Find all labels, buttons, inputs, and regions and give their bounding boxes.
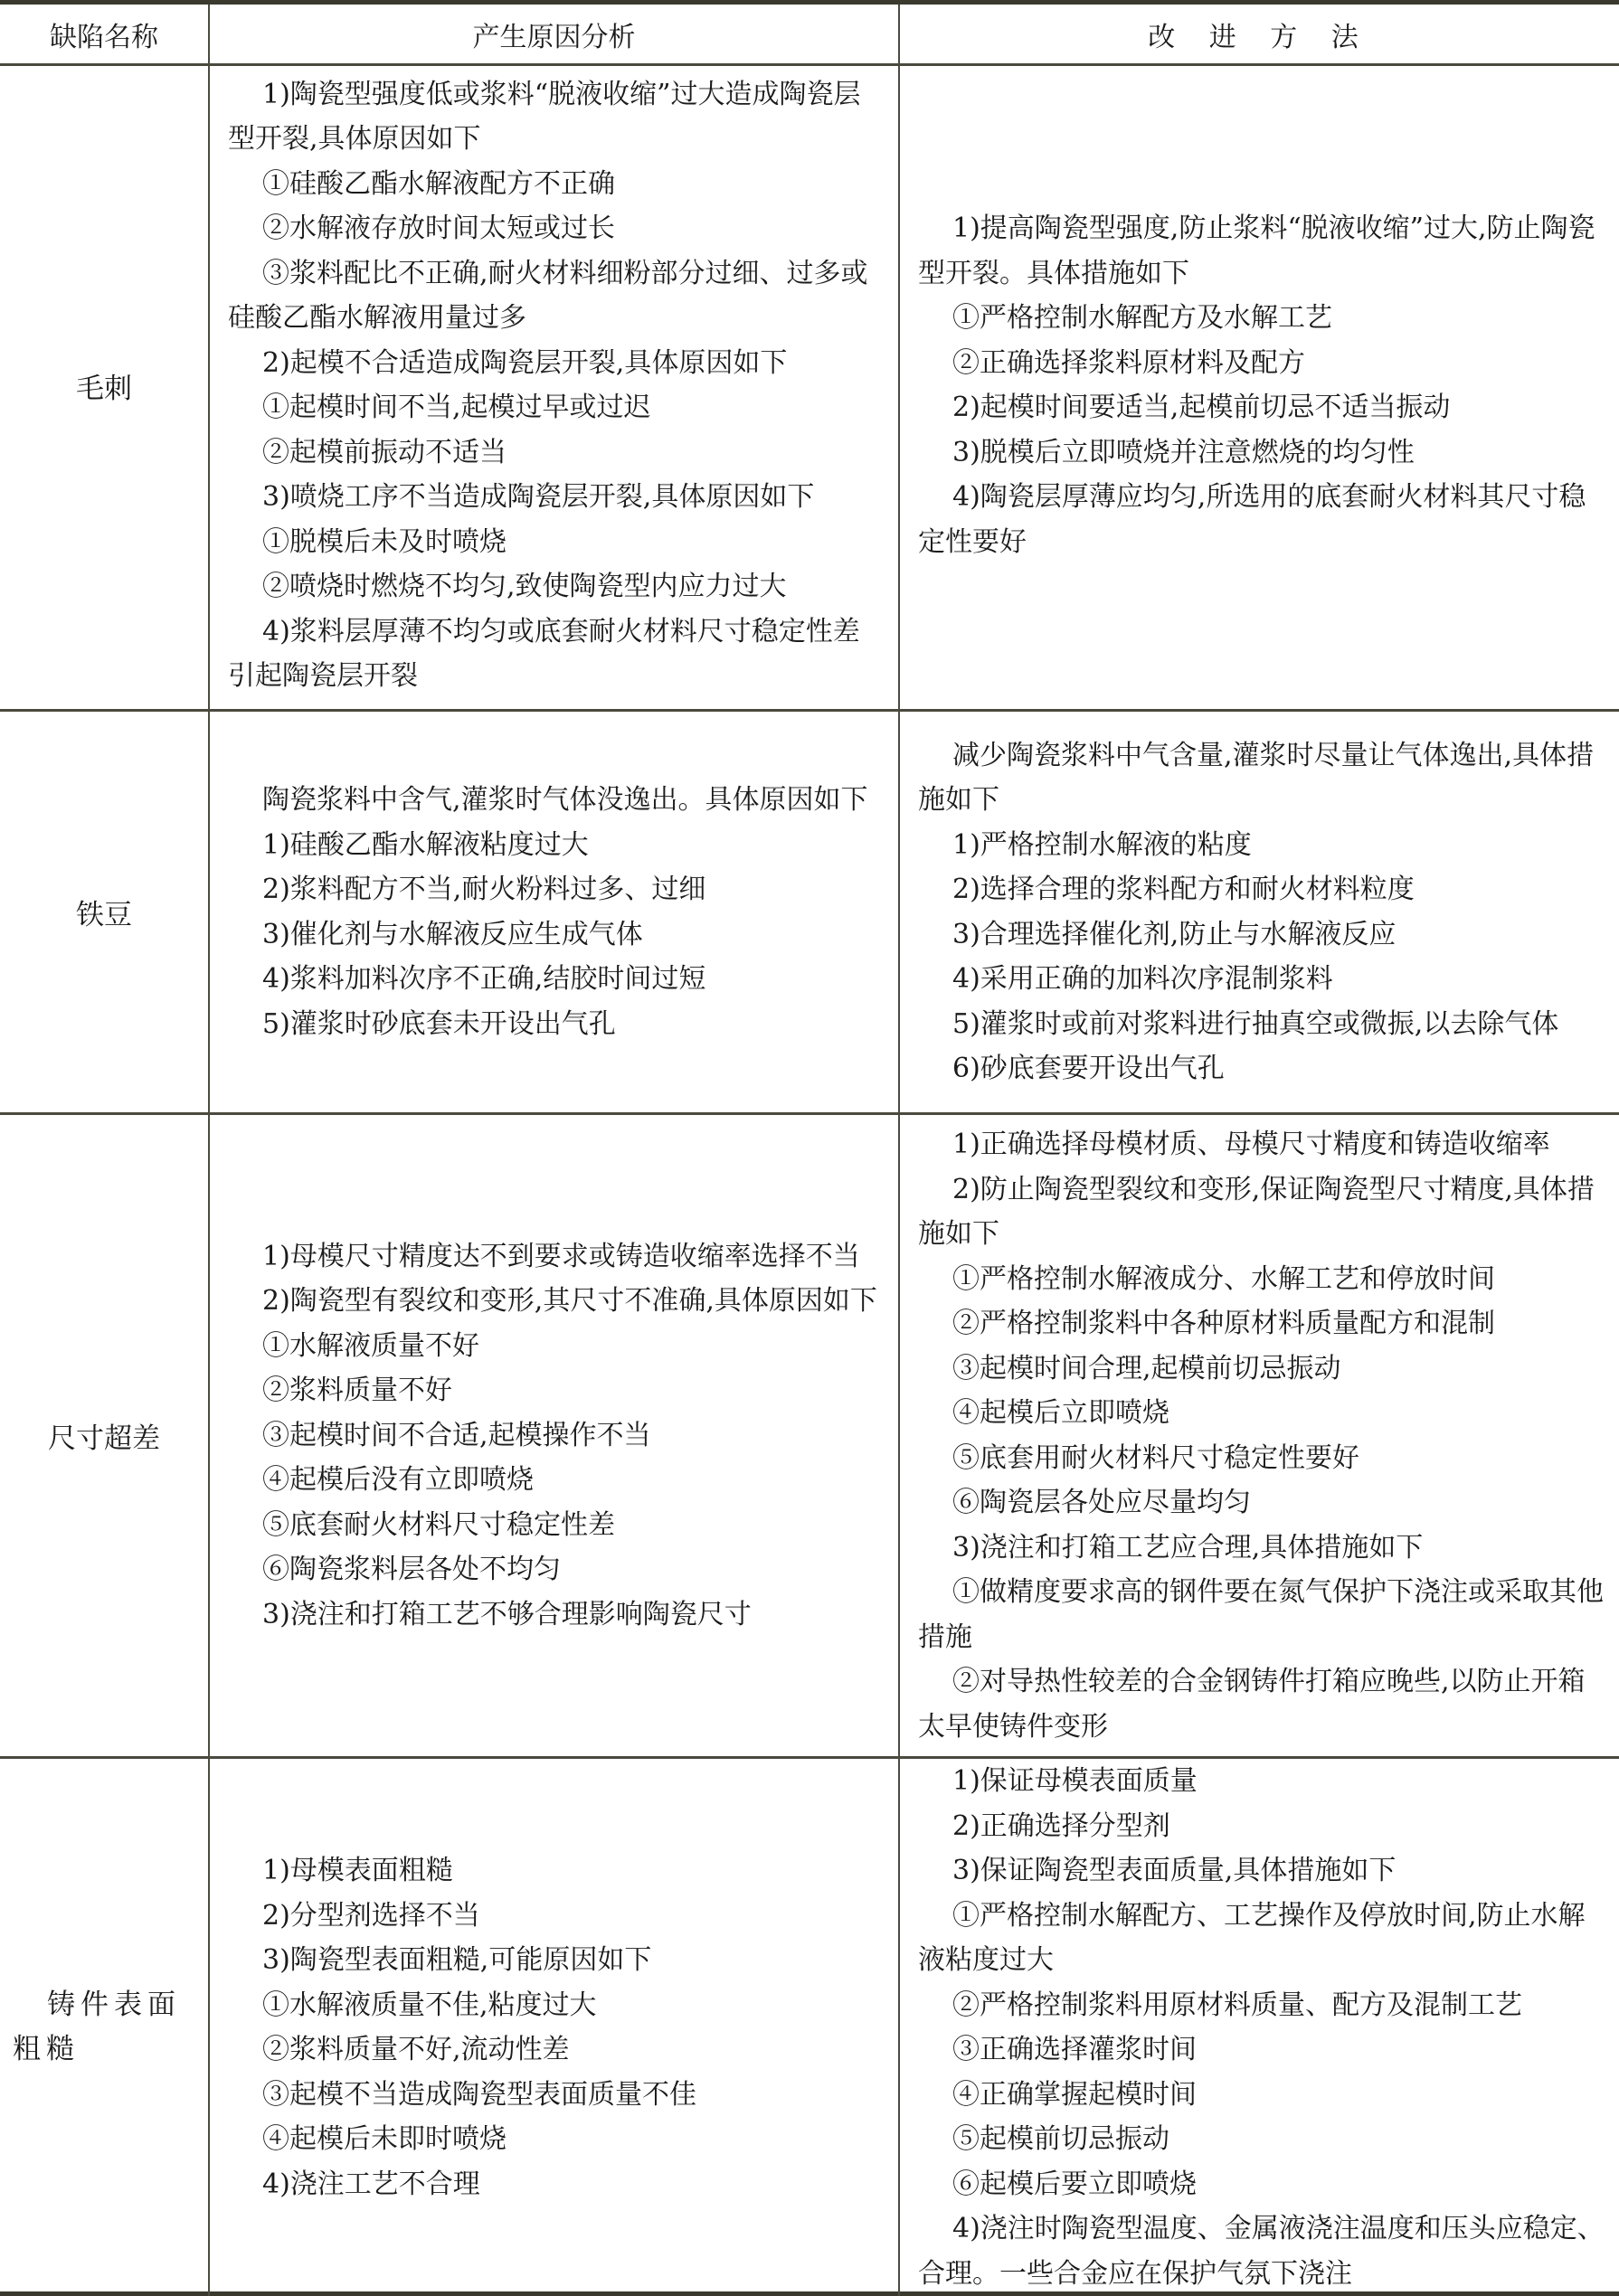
cause-item: 4)浆料层厚薄不均匀或底套耐火材料尺寸稳定性差引起陶瓷层开裂 (228, 609, 885, 699)
cause-item: ③起模不当造成陶瓷型表面质量不佳 (228, 2073, 885, 2118)
cause-item: ②水解液存放时间太短或过长 (228, 206, 885, 251)
cause-item: ①起模时间不当,起模过早或过迟 (228, 385, 885, 430)
remedy-item: ①做精度要求高的钢件要在氮气保护下浇注或采取其他措施 (918, 1570, 1606, 1659)
remedy-item: 4)采用正确的加料次序混制浆料 (918, 957, 1606, 1002)
header-defect-name: 缺陷名称 (0, 5, 210, 63)
remedy-item: 3)浇注和打箱工艺应合理,具体措施如下 (918, 1526, 1606, 1571)
header-cause-analysis: 产生原因分析 (210, 5, 900, 63)
remedy-item: 3)脱模后立即喷烧并注意燃烧的均匀性 (918, 430, 1606, 476)
cause-item: 陶瓷浆料中含气,灌浆时气体没逸出。具体原因如下 (228, 778, 885, 823)
cause-cell: 1)母模表面粗糙 2)分型剂选择不当 3)陶瓷型表面粗糙,可能原因如下 ①水解液… (210, 1759, 900, 2296)
cause-item: ①水解液质量不佳,粘度过大 (228, 1983, 885, 2028)
remedy-item: 2)正确选择分型剂 (918, 1804, 1606, 1849)
cause-item: ①水解液质量不好 (228, 1324, 885, 1369)
cause-item: ④起模后未即时喷烧 (228, 2117, 885, 2162)
remedy-item: ④正确掌握起模时间 (918, 2073, 1606, 2118)
remedy-cell: 1)提高陶瓷型强度,防止浆料“脱液收缩”过大,防止陶瓷型开裂。具体措施如下 ①严… (900, 61, 1619, 709)
cause-item: ①脱模后未及时喷烧 (228, 520, 885, 565)
remedy-item: ②严格控制浆料中各种原材料质量配方和混制 (918, 1301, 1606, 1346)
remedy-item: ②严格控制浆料用原材料质量、配方及混制工艺 (918, 1983, 1606, 2028)
table-row: 尺寸超差 1)母模尺寸精度达不到要求或铸造收缩率选择不当 2)陶瓷型有裂纹和变形… (0, 1115, 1619, 1759)
remedy-cell: 1)正确选择母模材质、母模尺寸精度和铸造收缩率 2)防止陶瓷型裂纹和变形,保证陶… (900, 1115, 1619, 1756)
remedy-item: 1)严格控制水解液的粘度 (918, 823, 1606, 868)
cause-item: 3)浇注和打箱工艺不够合理影响陶瓷尺寸 (228, 1592, 885, 1638)
remedy-item: 5)灌浆时或前对浆料进行抽真空或微振,以去除气体 (918, 1002, 1606, 1047)
cause-item: 1)母模表面粗糙 (228, 1848, 885, 1894)
table-row: 毛刺 1)陶瓷型强度低或浆料“脱液收缩”过大造成陶瓷层型开裂,具体原因如下 ①硅… (0, 61, 1619, 712)
cause-item: ⑤底套耐火材料尺寸稳定性差 (228, 1503, 885, 1548)
cause-cell: 陶瓷浆料中含气,灌浆时气体没逸出。具体原因如下 1)硅酸乙酯水解液粘度过大 2)… (210, 712, 900, 1112)
remedy-item: 4)浇注时陶瓷型温度、金属液浇注温度和压头应稳定、合理。一些合金应在保护气氛下浇… (918, 2206, 1606, 2296)
defect-name: 铁豆 (0, 712, 210, 1112)
remedy-item: 1)提高陶瓷型强度,防止浆料“脱液收缩”过大,防止陶瓷型开裂。具体措施如下 (918, 206, 1606, 296)
remedy-item: ②对导热性较差的合金钢铸件打箱应晚些,以防止开箱太早使铸件变形 (918, 1659, 1606, 1749)
remedy-item: ⑤底套用耐火材料尺寸稳定性要好 (918, 1436, 1606, 1481)
remedy-item: 1)保证母模表面质量 (918, 1759, 1606, 1804)
cause-item: ②浆料质量不好,流动性差 (228, 2027, 885, 2073)
remedy-item: ③起模时间合理,起模前切忌振动 (918, 1346, 1606, 1392)
remedy-item: ①严格控制水解液成分、水解工艺和停放时间 (918, 1257, 1606, 1302)
cause-item: ①硅酸乙酯水解液配方不正确 (228, 162, 885, 207)
remedy-item: 2)起模时间要适当,起模前切忌不适当振动 (918, 385, 1606, 430)
cause-item: 4)浇注工艺不合理 (228, 2162, 885, 2207)
remedy-item: 2)选择合理的浆料配方和耐火材料粒度 (918, 867, 1606, 912)
remedy-item: 4)陶瓷层厚薄应均匀,所选用的底套耐火材料其尺寸稳定性要好 (918, 475, 1606, 564)
cause-item: 2)陶瓷型有裂纹和变形,其尺寸不准确,具体原因如下 (228, 1279, 885, 1324)
remedy-item: ④起模后立即喷烧 (918, 1391, 1606, 1436)
remedy-cell: 1)保证母模表面质量 2)正确选择分型剂 3)保证陶瓷型表面质量,具体措施如下 … (900, 1759, 1619, 2296)
defect-name: 铸件表面粗糙 (0, 1759, 210, 2296)
table-header-row: 缺陷名称 产生原因分析 改 进 方 法 (0, 5, 1619, 66)
remedy-item: ①严格控制水解配方及水解工艺 (918, 296, 1606, 341)
cause-item: 3)喷烧工序不当造成陶瓷层开裂,具体原因如下 (228, 475, 885, 520)
defect-label: 毛刺 (76, 365, 132, 406)
cause-item: ②喷烧时燃烧不均匀,致使陶瓷型内应力过大 (228, 564, 885, 609)
header-improvement: 改 进 方 法 (900, 5, 1619, 63)
cause-item: 1)硅酸乙酯水解液粘度过大 (228, 823, 885, 868)
defect-label: 铸件表面粗糙 (0, 1983, 185, 2072)
remedy-item: 3)合理选择催化剂,防止与水解液反应 (918, 912, 1606, 958)
cause-item: 5)灌浆时砂底套未开设出气孔 (228, 1002, 885, 1047)
cause-item: 2)浆料配方不当,耐火粉料过多、过细 (228, 867, 885, 912)
defect-table: 缺陷名称 产生原因分析 改 进 方 法 毛刺 1)陶瓷型强度低或浆料“脱液收缩”… (0, 0, 1619, 2296)
cause-item: ④起模后没有立即喷烧 (228, 1458, 885, 1503)
cause-item: 4)浆料加料次序不正确,结胶时间过短 (228, 957, 885, 1002)
remedy-item: 3)保证陶瓷型表面质量,具体措施如下 (918, 1848, 1606, 1894)
cause-item: ②浆料质量不好 (228, 1368, 885, 1413)
cause-item: ⑥陶瓷浆料层各处不均匀 (228, 1547, 885, 1592)
defect-name: 毛刺 (0, 61, 210, 709)
defect-label: 铁豆 (76, 892, 132, 932)
remedy-item: ⑥起模后要立即喷烧 (918, 2162, 1606, 2207)
cause-item: 2)分型剂选择不当 (228, 1894, 885, 1939)
remedy-item: 6)砂底套要开设出气孔 (918, 1046, 1606, 1091)
remedy-item: 减少陶瓷浆料中气含量,灌浆时尽量让气体逸出,具体措施如下 (918, 733, 1606, 823)
cause-item: ③浆料配比不正确,耐火材料细粉部分过细、过多或硅酸乙酯水解液用量过多 (228, 251, 885, 341)
table-row: 铁豆 陶瓷浆料中含气,灌浆时气体没逸出。具体原因如下 1)硅酸乙酯水解液粘度过大… (0, 712, 1619, 1115)
cause-item: 3)催化剂与水解液反应生成气体 (228, 912, 885, 958)
cause-item: ②起模前振动不适当 (228, 430, 885, 476)
table-row: 铸件表面粗糙 1)母模表面粗糙 2)分型剂选择不当 3)陶瓷型表面粗糙,可能原因… (0, 1759, 1619, 2296)
cause-cell: 1)母模尺寸精度达不到要求或铸造收缩率选择不当 2)陶瓷型有裂纹和变形,其尺寸不… (210, 1115, 900, 1756)
remedy-item: ③正确选择灌浆时间 (918, 2027, 1606, 2073)
remedy-item: ①严格控制水解配方、工艺操作及停放时间,防止水解液粘度过大 (918, 1894, 1606, 1983)
remedy-item: 2)防止陶瓷型裂纹和变形,保证陶瓷型尺寸精度,具体措施如下 (918, 1167, 1606, 1257)
cause-item: ③起模时间不合适,起模操作不当 (228, 1413, 885, 1459)
defect-name: 尺寸超差 (0, 1115, 210, 1756)
cause-item: 1)陶瓷型强度低或浆料“脱液收缩”过大造成陶瓷层型开裂,具体原因如下 (228, 72, 885, 162)
remedy-cell: 减少陶瓷浆料中气含量,灌浆时尽量让气体逸出,具体措施如下 1)严格控制水解液的粘… (900, 712, 1619, 1112)
remedy-item: ⑤起模前切忌振动 (918, 2117, 1606, 2162)
remedy-item: 1)正确选择母模材质、母模尺寸精度和铸造收缩率 (918, 1122, 1606, 1167)
remedy-item: ⑥陶瓷层各处应尽量均匀 (918, 1480, 1606, 1526)
cause-item: 3)陶瓷型表面粗糙,可能原因如下 (228, 1938, 885, 1983)
cause-item: 1)母模尺寸精度达不到要求或铸造收缩率选择不当 (228, 1234, 885, 1280)
defect-label: 尺寸超差 (48, 1415, 160, 1456)
cause-item: 2)起模不合适造成陶瓷层开裂,具体原因如下 (228, 341, 885, 386)
remedy-item: ②正确选择浆料原材料及配方 (918, 341, 1606, 386)
cause-cell: 1)陶瓷型强度低或浆料“脱液收缩”过大造成陶瓷层型开裂,具体原因如下 ①硅酸乙酯… (210, 61, 900, 709)
